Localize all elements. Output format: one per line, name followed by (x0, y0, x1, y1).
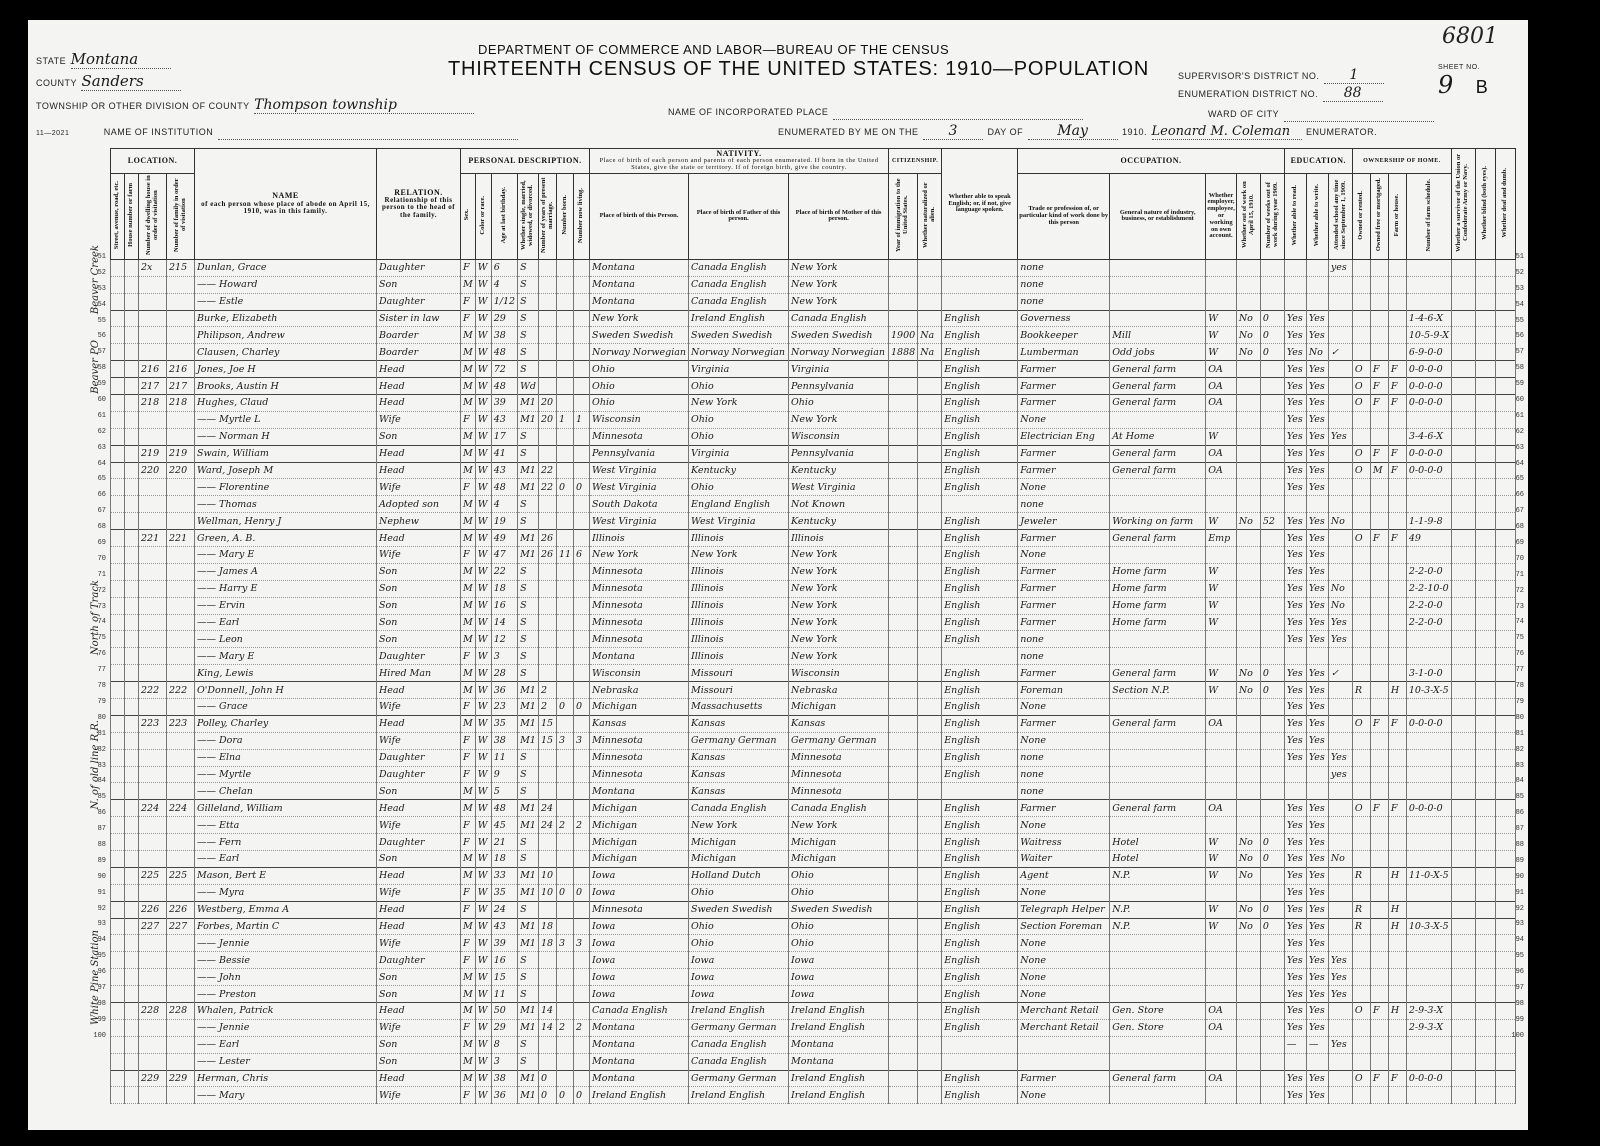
cell-wr: Yes (1306, 1019, 1328, 1036)
line-number: 97 (78, 981, 106, 997)
cell-rel: Son (377, 614, 461, 631)
cell-fpob: Germany German (689, 732, 789, 749)
cell-occ: Farmer (1018, 715, 1110, 732)
cell-sch: No (1328, 580, 1352, 597)
cell-age: 21 (491, 834, 517, 851)
cell-pob: Montana (590, 1070, 689, 1087)
cell-living (574, 344, 590, 361)
cell-wr: Yes (1306, 682, 1328, 699)
cell-wr: Yes (1306, 394, 1328, 411)
cell-farm: 2-9-3-X (1406, 1019, 1451, 1036)
census-sheet: 6801 STATE Montana COUNTY Sanders TOWNSH… (28, 20, 1528, 1130)
cell-pob: Ohio (590, 378, 689, 395)
cell-farm (1406, 834, 1451, 851)
cell-nat (918, 631, 942, 648)
line-number: 94 (1496, 933, 1524, 949)
cell-fam: 227 (167, 918, 195, 935)
cell-wr: Yes (1306, 327, 1328, 344)
cell-rd: Yes (1284, 394, 1306, 411)
cell-fam (167, 344, 195, 361)
cell-pob: Minnesota (590, 732, 689, 749)
cell-sch (1328, 462, 1352, 479)
cell-race: W (475, 665, 491, 682)
cell-fh (1388, 276, 1406, 293)
cell-born: 2 (556, 817, 573, 834)
cell-eng: English (942, 749, 1018, 766)
cell-wr: Yes (1306, 513, 1328, 530)
cell-own (1352, 783, 1370, 800)
cell-name: —— Elna (195, 749, 377, 766)
cell-rel: Wife (377, 411, 461, 428)
cell-yrs (538, 783, 556, 800)
cell-sch (1328, 867, 1352, 884)
cell-pob: Illinois (590, 530, 689, 547)
supervisor-district: SUPERVISOR'S DISTRICT NO. 1 (1178, 66, 1384, 84)
cell-sch (1328, 715, 1352, 732)
cell-occ: Farmer (1018, 530, 1110, 547)
cell-age: 3 (491, 1053, 517, 1070)
cell-rel: Head (377, 1070, 461, 1087)
cell-emp: OA (1206, 378, 1237, 395)
cell-mort (1370, 293, 1388, 310)
cell-sch: ✓ (1328, 665, 1352, 682)
cell-born (556, 918, 573, 935)
cell-nat (918, 935, 942, 952)
cell-yrs (538, 293, 556, 310)
cell-name: —— Mary (195, 1087, 377, 1104)
cell-occ: none (1018, 766, 1110, 783)
cell-race: W (475, 361, 491, 378)
cell-mpob: Kentucky (789, 462, 889, 479)
cell-living (574, 496, 590, 513)
cell-pob: Iowa (590, 884, 689, 901)
cell-mpob: Norway Norwegian (789, 344, 889, 361)
cell-imm (889, 1019, 918, 1036)
cell-oow (1236, 800, 1260, 817)
line-number: 90 (1496, 870, 1524, 886)
cell-imm (889, 935, 918, 952)
line-number: 91 (1496, 886, 1524, 902)
cell-sex: F (461, 901, 476, 918)
cell-wks (1260, 749, 1284, 766)
cell-nat (918, 394, 942, 411)
cell-occ: none (1018, 749, 1110, 766)
cell-dw: 219 (139, 445, 167, 462)
cell-wr: Yes (1306, 867, 1328, 884)
cell-mort (1370, 513, 1388, 530)
cell-race: W (475, 986, 491, 1003)
cell-fh: H (1388, 918, 1406, 935)
cell-mpob: Canada English (789, 310, 889, 327)
cell-emp: W (1206, 614, 1237, 631)
cell-fam: 217 (167, 378, 195, 395)
cell-mpob: Wisconsin (789, 428, 889, 445)
cell-fh (1388, 597, 1406, 614)
cell-sex: M (461, 969, 476, 986)
cell-mpob: New York (789, 817, 889, 834)
cell-ms: S (518, 428, 539, 445)
cell-age: 8 (491, 1036, 517, 1053)
cell-living: 0 (574, 479, 590, 496)
cell-sch: Yes (1328, 986, 1352, 1003)
cell-nat (918, 800, 942, 817)
cell-emp: W (1206, 682, 1237, 699)
cell-living (574, 1070, 590, 1087)
sheet-number: SHEET NO. 9 B (1438, 64, 1488, 99)
cell-mort (1370, 935, 1388, 952)
cell-fpob: New York (689, 817, 789, 834)
cell-rel: Head (377, 901, 461, 918)
cell-name: Green, A. B. (195, 530, 377, 547)
cell-mort (1370, 783, 1388, 800)
cell-eng: English (942, 597, 1018, 614)
cell-eng (942, 648, 1018, 665)
cell-own: O (1352, 800, 1370, 817)
line-number: 94 (78, 933, 106, 949)
cell-rel: Head (377, 918, 461, 935)
cell-yrs (538, 580, 556, 597)
cell-wks (1260, 614, 1284, 631)
cell-born (556, 276, 573, 293)
cell-ind (1110, 935, 1206, 952)
cell-age: 48 (491, 378, 517, 395)
cell-occ: none (1018, 259, 1110, 276)
cell-rel: Son (377, 851, 461, 868)
cell-race: W (475, 513, 491, 530)
table-row: —— James ASonMW22SMinnesotaIllinoisNew Y… (111, 563, 1516, 580)
cell-occ: None (1018, 698, 1110, 715)
cell-ind: Home farm (1110, 563, 1206, 580)
line-number: 77 (78, 663, 106, 679)
cell-wks: 0 (1260, 851, 1284, 868)
cell-fam (167, 834, 195, 851)
line-number: 73 (78, 600, 106, 616)
cell-sch: Yes (1328, 969, 1352, 986)
cell-fpob: Missouri (689, 665, 789, 682)
cell-ms: S (518, 969, 539, 986)
cell-eng: English (942, 665, 1018, 682)
cell-rd: Yes (1284, 513, 1306, 530)
cell-mort (1370, 496, 1388, 513)
cell-imm (889, 715, 918, 732)
cell-occ: Farmer (1018, 614, 1110, 631)
cell-sch (1328, 293, 1352, 310)
cell-imm: 1900 (889, 327, 918, 344)
cell-eng (942, 293, 1018, 310)
cell-age: 18 (491, 580, 517, 597)
line-numbers-left: 5152535455565758596061626364656667686970… (78, 250, 106, 1045)
cell-fpob: Sweden Swedish (689, 901, 789, 918)
cell-oow (1236, 1070, 1260, 1087)
cell-sch: yes (1328, 259, 1352, 276)
group-relation: RELATION.Relationship of this person to … (377, 149, 461, 260)
cell-fpob: Virginia (689, 445, 789, 462)
cell-name: —— Ervin (195, 597, 377, 614)
cell-sch: No (1328, 513, 1352, 530)
cell-emp: OA (1206, 1019, 1237, 1036)
cell-yrs (538, 361, 556, 378)
cell-ind (1110, 698, 1206, 715)
cell-farm (1406, 276, 1451, 293)
cell-yrs: 15 (538, 732, 556, 749)
cell-age: 48 (491, 344, 517, 361)
cell-sex: M (461, 614, 476, 631)
cell-nat (918, 783, 942, 800)
cell-yrs: 10 (538, 867, 556, 884)
cell-fh (1388, 479, 1406, 496)
cell-dw (139, 614, 167, 631)
cell-emp (1206, 1053, 1237, 1070)
cell-yrs: 26 (538, 546, 556, 563)
cell-fh: H (1388, 682, 1406, 699)
cell-rd: Yes (1284, 800, 1306, 817)
cell-ms: M1 (518, 1019, 539, 1036)
cell-name: —— Mary E (195, 546, 377, 563)
cell-emp: OA (1206, 361, 1237, 378)
cell-yrs: 0 (538, 1070, 556, 1087)
cell-dw (139, 513, 167, 530)
cell-ind: General farm (1110, 378, 1206, 395)
cell-wr: Yes (1306, 986, 1328, 1003)
cell-name: —— Estle (195, 293, 377, 310)
cell-fam (167, 276, 195, 293)
cell-oow (1236, 986, 1260, 1003)
cell-nat (918, 952, 942, 969)
cell-ms: M1 (518, 800, 539, 817)
cell-born (556, 394, 573, 411)
table-row: —— DoraWifeFW38M11533MinnesotaGermany Ge… (111, 732, 1516, 749)
cell-living (574, 614, 590, 631)
cell-sex: M (461, 327, 476, 344)
cell-dw: 224 (139, 800, 167, 817)
cell-farm (1406, 293, 1451, 310)
cell-ind (1110, 479, 1206, 496)
cell-fam: 228 (167, 1003, 195, 1020)
cell-sex: M (461, 851, 476, 868)
cell-eng: English (942, 563, 1018, 580)
cell-mort: F (1370, 530, 1388, 547)
cell-born (556, 1070, 573, 1087)
table-row: —— MyraWifeFW35M11000IowaOhioOhioEnglish… (111, 884, 1516, 901)
cell-born (556, 462, 573, 479)
cell-fh: F (1388, 394, 1406, 411)
cell-emp (1206, 884, 1237, 901)
cell-wks (1260, 698, 1284, 715)
cell-fpob: Ohio (689, 411, 789, 428)
cell-yrs (538, 327, 556, 344)
cell-rd: Yes (1284, 378, 1306, 395)
cell-imm (889, 293, 918, 310)
cell-rel: Wife (377, 1087, 461, 1104)
cell-nat (918, 682, 942, 699)
cell-fpob: Illinois (689, 648, 789, 665)
table-row: —— EarlSonMW8SMontanaCanada EnglishMonta… (111, 1036, 1516, 1053)
cell-fam: 223 (167, 715, 195, 732)
cell-dw (139, 428, 167, 445)
cell-oow (1236, 631, 1260, 648)
table-row: —— LeonSonMW12SMinnesotaIllinoisNew York… (111, 631, 1516, 648)
cell-rel: Head (377, 867, 461, 884)
cell-oow (1236, 530, 1260, 547)
cell-imm (889, 884, 918, 901)
cell-living (574, 276, 590, 293)
cell-emp: W (1206, 310, 1237, 327)
cell-rel: Wife (377, 935, 461, 952)
cell-fam: 229 (167, 1070, 195, 1087)
cell-rd: Yes (1284, 665, 1306, 682)
cell-wks (1260, 597, 1284, 614)
cell-sch: Yes (1328, 749, 1352, 766)
line-number: 98 (1496, 997, 1524, 1013)
cell-race: W (475, 969, 491, 986)
cell-fh: F (1388, 361, 1406, 378)
table-row: —— JennieWifeFW39M11833IowaOhioOhioEngli… (111, 935, 1516, 952)
cell-ind (1110, 259, 1206, 276)
line-number: 72 (78, 584, 106, 600)
cell-wr: Yes (1306, 732, 1328, 749)
cell-rd: Yes (1284, 817, 1306, 834)
cell-yrs: 22 (538, 479, 556, 496)
cell-mort (1370, 259, 1388, 276)
cell-pob: West Virginia (590, 462, 689, 479)
cell-nat (918, 310, 942, 327)
cell-oow (1236, 935, 1260, 952)
cell-farm (1406, 749, 1451, 766)
cell-ms: M1 (518, 732, 539, 749)
cell-occ: Electrician Eng (1018, 428, 1110, 445)
cell-born (556, 665, 573, 682)
cell-sch (1328, 884, 1352, 901)
cell-sch (1328, 530, 1352, 547)
cell-fam (167, 293, 195, 310)
cell-wks (1260, 800, 1284, 817)
cell-wks (1260, 462, 1284, 479)
cell-rd (1284, 1053, 1306, 1070)
cell-wks (1260, 259, 1284, 276)
cell-fpob: Ohio (689, 378, 789, 395)
cell-sch: yes (1328, 766, 1352, 783)
cell-dw (139, 817, 167, 834)
cell-eng: English (942, 901, 1018, 918)
cell-fh: F (1388, 715, 1406, 732)
line-number: 62 (78, 425, 106, 441)
cell-fpob: Ireland English (689, 1003, 789, 1020)
cell-farm (1406, 766, 1451, 783)
cell-mort (1370, 901, 1388, 918)
table-row: 221221Green, A. B.HeadMW49M126IllinoisIl… (111, 530, 1516, 547)
cell-race: W (475, 698, 491, 715)
cell-ms: S (518, 597, 539, 614)
cell-mpob: Michigan (789, 851, 889, 868)
cell-wks (1260, 867, 1284, 884)
line-number: 74 (1496, 615, 1524, 631)
cell-own: R (1352, 682, 1370, 699)
cell-sex: M (461, 428, 476, 445)
cell-imm (889, 1036, 918, 1053)
cell-own (1352, 834, 1370, 851)
cell-rel: Wife (377, 1019, 461, 1036)
cell-wr: Yes (1306, 428, 1328, 445)
cell-rd: Yes (1284, 952, 1306, 969)
cell-pob: Iowa (590, 986, 689, 1003)
cell-eng: English (942, 698, 1018, 715)
cell-mort: F (1370, 800, 1388, 817)
cell-born (556, 513, 573, 530)
cell-nat (918, 530, 942, 547)
cell-fam (167, 327, 195, 344)
cell-mort: F (1370, 1070, 1388, 1087)
cell-sex: F (461, 884, 476, 901)
cell-rel: Wife (377, 732, 461, 749)
cell-sex: M (461, 394, 476, 411)
cell-rel: Son (377, 969, 461, 986)
cell-rel: Wife (377, 479, 461, 496)
cell-mort (1370, 732, 1388, 749)
cell-wr: Yes (1306, 1003, 1328, 1020)
cell-mort (1370, 310, 1388, 327)
table-row: —— Mary EDaughterFW3SMontanaIllinoisNew … (111, 648, 1516, 665)
line-number: 73 (1496, 600, 1524, 616)
cell-ms: S (518, 648, 539, 665)
cell-imm (889, 394, 918, 411)
cell-own (1352, 428, 1370, 445)
cell-mpob: Ireland English (789, 1003, 889, 1020)
cell-fpob: Holland Dutch (689, 867, 789, 884)
cell-imm (889, 513, 918, 530)
cell-imm (889, 1053, 918, 1070)
line-number: 89 (78, 854, 106, 870)
cell-emp: OA (1206, 462, 1237, 479)
cell-farm: 1-1-9-8 (1406, 513, 1451, 530)
cell-wr: Yes (1306, 834, 1328, 851)
cell-emp (1206, 276, 1237, 293)
line-number: 57 (1496, 345, 1524, 361)
cell-own (1352, 1053, 1370, 1070)
cell-fpob: Ohio (689, 428, 789, 445)
cell-sex: M (461, 783, 476, 800)
cell-own (1352, 276, 1370, 293)
cell-fpob: Illinois (689, 530, 789, 547)
cell-age: 43 (491, 411, 517, 428)
cell-eng: English (942, 851, 1018, 868)
cell-mort (1370, 682, 1388, 699)
cell-own (1352, 851, 1370, 868)
cell-eng: English (942, 580, 1018, 597)
cell-imm (889, 800, 918, 817)
cell-name: Philipson, Andrew (195, 327, 377, 344)
cell-wks (1260, 361, 1284, 378)
cell-sex: M (461, 715, 476, 732)
cell-name: —— Florentine (195, 479, 377, 496)
cell-occ: Farmer (1018, 665, 1110, 682)
cell-born (556, 1036, 573, 1053)
cell-wr: — (1306, 1036, 1328, 1053)
cell-rd: Yes (1284, 310, 1306, 327)
cell-dw (139, 276, 167, 293)
cell-fam (167, 479, 195, 496)
punch-hole (1540, 412, 1551, 423)
cell-name: Brooks, Austin H (195, 378, 377, 395)
cell-ms: M1 (518, 935, 539, 952)
cell-fh (1388, 969, 1406, 986)
cell-age: 14 (491, 614, 517, 631)
cell-sch: Yes (1328, 952, 1352, 969)
cell-nat (918, 259, 942, 276)
cell-fam (167, 546, 195, 563)
cell-born: 2 (556, 1019, 573, 1036)
cell-sex: M (461, 344, 476, 361)
cell-imm (889, 445, 918, 462)
